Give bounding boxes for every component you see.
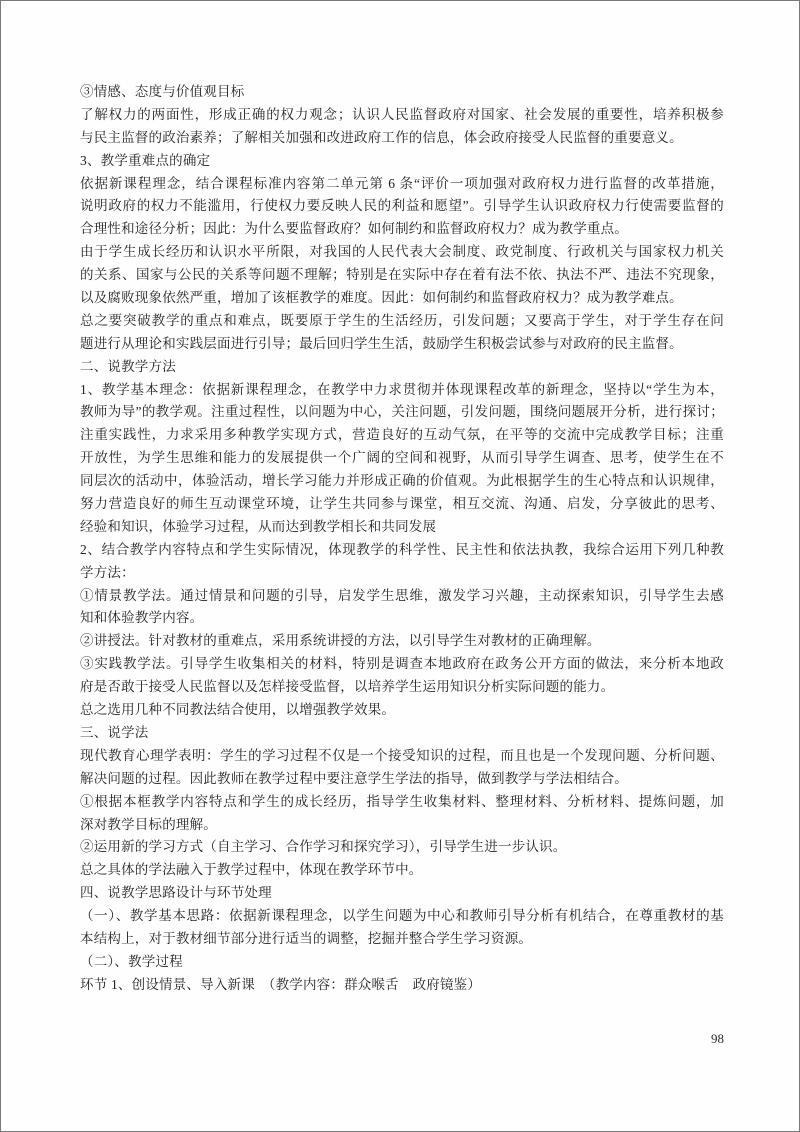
text-line: 总之要突破教学的重点和难点，既要原于学生的生活经历，引发问题；又要高于学生，对于… [80,310,724,333]
text-line: 同层次的活动中，体验活动，增长学习能力并形成正确的价值观。为此根据学生的生心特点… [80,470,724,493]
text-line: 知和体验教学内容。 [80,607,724,630]
text-line: ③实践教学法。引导学生收集相关的材料，特别是调查本地政府在政务公开方面的做法，来… [80,653,724,676]
text-line: 本结构上，对于教材细节部分进行适当的调整，挖掘并整合学生学习资源。 [80,928,724,951]
text-line: 依据新课程理念，结合课程标准内容第二单元第 6 条“评价一项加强对政府权力进行监… [80,173,724,196]
text-line: 经验和知识，体验学习过程，从而达到教学相长和共同发展 [80,516,724,539]
text-line: 合理性和途径分析；因此：为什么要监督政府？如何制约和监督政府权力？成为教学重点。 [80,218,724,241]
text-line: （二）、教学过程 [80,951,724,974]
text-line: 2、结合教学内容特点和学生实际情况，体现教学的科学性、民主性和依法执教，我综合运… [80,539,724,562]
page-number: 98 [80,1031,724,1047]
text-line: 四、说教学思路设计与环节处理 [80,882,724,905]
text-line: 开放性，为学生思维和能力的发展提供一个广阔的空间和视野，从而引导学生调查、思考，… [80,447,724,470]
text-line: 教师为导”的教学观。注重过程性，以问题为中心，关注问题，引发问题，围绕问题展开分… [80,401,724,424]
text-block: ③情感、态度与价值观目标了解权力的两面性，形成正确的权力观念；认识人民监督政府对… [80,81,724,997]
text-line: 府是否敢于接受人民监督以及怎样接受监督，以培养学生运用知识分析实际问题的能力。 [80,676,724,699]
text-line: 环节 1、创设情景、导入新课 （教学内容：群众喉舌 政府镜鉴） [80,974,724,997]
text-line: 现代教育心理学表明：学生的学习过程不仅是一个接受知识的过程，而且也是一个发现问题… [80,745,724,768]
text-line: 3、教学重难点的确定 [80,150,724,173]
text-line: ①根据本框教学内容特点和学生的成长经历，指导学生收集材料、整理材料、分析材料、提… [80,791,724,814]
text-line: ③情感、态度与价值观目标 [80,81,724,104]
text-line: ②运用新的学习方式（自主学习、合作学习和探究学习），引导学生进一步认识。 [80,836,724,859]
text-line: 注重实践性，力求采用多种教学实现方式，营造良好的互动气氛，在平等的交流中完成教学… [80,424,724,447]
text-line: （一）、教学基本思路：依据新课程理念，以学生问题为中心和教师引导分析有机结合，在… [80,905,724,928]
text-line: 努力营造良好的师生互动课堂环境，让学生共同参与课堂，相互交流、沟通、启发，分享彼… [80,493,724,516]
text-line: 总之选用几种不同教法结合使用，以增强教学效果。 [80,699,724,722]
text-line: 的关系、国家与公民的关系等问题不理解；特别是在实际中存在着有法不依、执法不严、违… [80,264,724,287]
text-line: 深对教学目标的理解。 [80,814,724,837]
text-line: 由于学生成长经历和认识水平所限，对我国的人民代表大会制度、政党制度、行政机关与国… [80,241,724,264]
text-line: 解决问题的过程。因此教师在教学过程中要注意学生学法的指导，做到教学与学法相结合。 [80,768,724,791]
text-line: 三、说学法 [80,722,724,745]
text-line: ①情景教学法。通过情景和问题的引导，启发学生思维，激发学习兴趣，主动探索知识，引… [80,585,724,608]
document-page: ③情感、态度与价值观目标了解权力的两面性，形成正确的权力观念；认识人民监督政府对… [0,0,800,1132]
text-line: 以及腐败现象依然严重，增加了该框教学的难度。因此：如何制约和监督政府权力？成为教… [80,287,724,310]
text-line: ②讲授法。针对教材的重难点，采用系统讲授的方法，以引导学生对教材的正确理解。 [80,630,724,653]
text-line: 题进行从理论和实践层面进行引导；最后回归学生生活，鼓励学生积极尝试参与对政府的民… [80,333,724,356]
text-line: 说明政府的权力不能滥用，行使权力要反映人民的利益和愿望”。引导学生认识政府权力行… [80,195,724,218]
text-line: 与民主监督的政治素养；了解相关加强和改进政府工作的信息，体会政府接受人民监督的重… [80,127,724,150]
text-line: 总之具体的学法融入于教学过程中，体现在教学环节中。 [80,859,724,882]
text-line: 1、教学基本理念：依据新课程理念，在教学中力求贯彻并体现课程改革的新理念，坚持以… [80,379,724,402]
text-line: 学方法： [80,562,724,585]
text-line: 了解权力的两面性，形成正确的权力观念；认识人民监督政府对国家、社会发展的重要性，… [80,104,724,127]
text-line: 二、说教学方法 [80,356,724,379]
